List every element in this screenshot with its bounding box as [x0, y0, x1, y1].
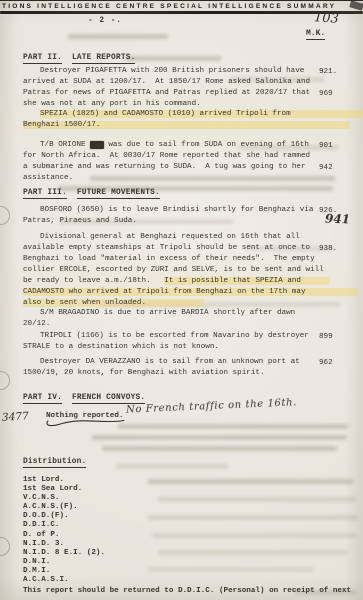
bleed-through-smudge	[148, 479, 353, 484]
text-line: 20/12.	[23, 319, 295, 330]
handwritten-serial: 3477	[2, 410, 29, 423]
part-iv-label: PART IV.	[23, 394, 62, 404]
distribution-item: N.I.D. 3.	[23, 540, 105, 549]
margin-ref-921: 921.	[319, 67, 337, 77]
part-ii-heading: PART II.LATE REPORTS.	[23, 54, 135, 64]
text-line: STRALE to a destination which is not kno…	[23, 342, 309, 353]
distribution-item: 1st Sea Lord.	[23, 485, 105, 494]
redaction-overtype: XXX	[90, 141, 104, 149]
text-line: for North Africa. At 0030/17 Rome report…	[23, 151, 310, 162]
text-line: available empty steamships at Tripoli sh…	[23, 243, 358, 254]
part-iii-label: PART III.	[23, 189, 67, 199]
distribution-item: D. of P.	[23, 531, 105, 540]
part-iii-heading: PART III.FUTURE MOVEMENTS.	[23, 189, 160, 199]
text-line: 1500/19, 20 knots, for Benghazi with avi…	[23, 368, 300, 379]
hole-punch	[0, 206, 10, 225]
bleed-through-smudge	[158, 497, 356, 502]
bleed-through-smudge	[148, 567, 313, 572]
hole-punch	[0, 537, 10, 556]
text-line: Patras for news of PIGAFETTA and Patras …	[23, 88, 310, 99]
margin-ref-901: 901	[319, 141, 333, 151]
paragraph-bragadino: S/M BRAGADINO is due to arrive BARDIA sh…	[23, 308, 295, 330]
underline-flourish	[42, 417, 126, 429]
bleed-through-smudge	[126, 56, 221, 61]
text-line: Patras, Piraeus and Suda.	[23, 216, 313, 227]
distribution-list: 1st Lord. 1st Sea Lord. V.C.N.S. A.C.N.S…	[23, 476, 105, 585]
text-line: assistance.	[23, 173, 310, 184]
text-line: Destroyer PIGAFETTA with 200 British pri…	[23, 66, 310, 77]
text-line: Benghazi 1500/17.	[23, 120, 363, 131]
distribution-item: D.D.I.C.	[23, 521, 105, 530]
hole-punch	[0, 371, 10, 390]
banner-rule	[0, 11, 363, 14]
return-instruction: This report should be returned to D.D.I.…	[23, 587, 351, 595]
distribution-item: N.I.D. 8 E.I. (2).	[23, 549, 105, 558]
margin-ref-899: 899	[319, 332, 333, 342]
text-line: collier ERCOLE, escorted by ZURI and SEL…	[23, 265, 358, 276]
distribution-item: D.N.I.	[23, 558, 105, 567]
bleed-through-smudge	[102, 446, 337, 451]
part-iv-heading: PART IV.FRENCH CONVOYS.	[23, 394, 145, 404]
text-line: S/M BRAGADINO is due to arrive BARDIA sh…	[23, 308, 295, 319]
distribution-item: D.O.D.(F).	[23, 512, 105, 521]
paragraph-spezia-arrival: SPEZIA (1825) and CADAMOSTO (1010) arriv…	[23, 109, 363, 131]
text-line: CADAMOSTO who arrived at Tripoli from Be…	[23, 287, 358, 298]
paragraph-orione: T/B ORIONE XXX was due to sail from SUDA…	[23, 140, 310, 184]
bleed-through-smudge	[158, 550, 348, 555]
paragraph-pigafetta: Destroyer PIGAFETTA with 200 British pri…	[23, 66, 310, 110]
distribution-item: A.C.A.S.I.	[23, 576, 105, 585]
bleed-through-smudge	[68, 34, 168, 39]
paragraph-verazzano: Destroyer DA VERAZZANO is to sail from a…	[23, 357, 300, 379]
scanned-intelligence-summary-page: TIONS INTELLIGENCE CENTRE SPECIAL INTELL…	[0, 0, 363, 600]
distribution-item: V.C.N.S.	[23, 494, 105, 503]
margin-ref-938: 938.	[319, 244, 337, 254]
initials-mark: M.K.	[306, 29, 325, 40]
text-line: Benghazi to load "material in excess of …	[23, 254, 358, 265]
bleed-through-smudge	[116, 464, 228, 469]
page-top-edge-line	[0, 0, 363, 1]
text-line: BOSFORO (3650) is to leave Brindisi shor…	[23, 205, 313, 216]
handwritten-folio-number: 103	[314, 10, 340, 27]
text-line: arrived at SUDA at 1200/17. At 1850/17 R…	[23, 77, 310, 88]
text-line: a submarine and was returning to SUDA. A…	[23, 162, 310, 173]
part-ii-title: LATE REPORTS.	[72, 54, 135, 64]
text-line: SPEZIA (1825) and CADAMOSTO (1010) arriv…	[23, 109, 363, 120]
bleed-through-smudge	[118, 424, 348, 429]
text-line: Divisional general at Benghazi requested…	[23, 232, 358, 243]
part-iii-title: FUTURE MOVEMENTS.	[77, 189, 160, 199]
margin-ref-942: 942	[319, 163, 333, 173]
bleed-through-smudge	[92, 435, 347, 440]
text-line: be ready to leave a.m./18th. It is possi…	[23, 276, 358, 287]
part-iv-title: FRENCH CONVOYS.	[72, 394, 145, 404]
text-line: TRIPOLI (1166) is to be escorted from Na…	[23, 331, 309, 342]
text-line: Destroyer DA VERAZZANO is to sail from a…	[23, 357, 300, 368]
distribution-heading: Distribution.	[23, 458, 86, 468]
paragraph-tripoli: TRIPOLI (1166) is to be escorted from Na…	[23, 331, 309, 353]
distribution-item: D.M.I.	[23, 567, 105, 576]
margin-ref-962: 962	[319, 358, 333, 368]
bleed-through-smudge	[152, 533, 357, 538]
text-line: T/B ORIONE XXX was due to sail from SUDA…	[23, 140, 310, 151]
page-number: - 2 -.	[88, 17, 122, 25]
part-ii-label: PART II.	[23, 54, 62, 64]
paragraph-bosforo: BOSFORO (3650) is to leave Brindisi shor…	[23, 205, 313, 227]
paragraph-divisional-general: Divisional general at Benghazi requested…	[23, 232, 358, 309]
margin-ref-969: 969	[319, 89, 333, 99]
distribution-item: 1st Lord.	[23, 476, 105, 485]
report-banner-title: TIONS INTELLIGENCE CENTRE SPECIAL INTELL…	[2, 3, 362, 10]
distribution-item: A.C.N.S.(F).	[23, 503, 105, 512]
handwritten-note: No French traffic on the 16th.	[126, 397, 297, 415]
handwritten-ref-941: 941	[325, 212, 351, 227]
bleed-through-smudge	[148, 515, 358, 520]
